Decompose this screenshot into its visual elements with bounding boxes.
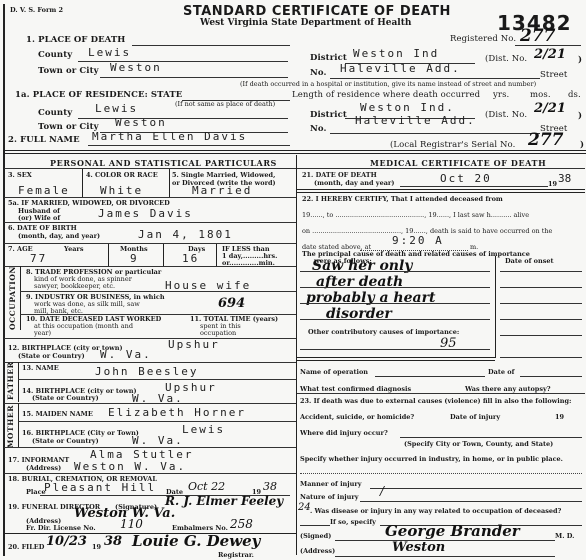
dod-year: 38 (558, 172, 571, 185)
rule (4, 168, 296, 169)
age-days: 16 (182, 252, 199, 265)
burial-date: Oct 22 (188, 480, 225, 493)
embalmer-no: 258 (230, 517, 253, 531)
rule (4, 197, 296, 198)
res-dist-no-label: (Dist. No. (485, 110, 527, 120)
rule (4, 222, 296, 223)
double-rule (297, 357, 495, 361)
paren: ) (580, 140, 584, 150)
death-certificate: D. V. S. Form 2 STANDARD CERTIFICATE OF … (0, 0, 586, 560)
rule (4, 362, 296, 363)
trade-label-3: sawyer, bookkeeper, etc. (34, 282, 115, 290)
res-district-label: District (310, 110, 347, 120)
license-no: 110 (120, 517, 143, 531)
divider (216, 244, 217, 266)
rule (78, 118, 288, 119)
accident-label: Accident, suicide, or homicide? (300, 413, 414, 421)
dod-year-prefix: 19 (548, 180, 557, 188)
informant-label: 17. INFORMANT (8, 456, 69, 464)
total-time-label-3: occupation (200, 329, 236, 337)
rule (330, 133, 540, 134)
dob-label: 6. DATE OF BIRTH (8, 224, 77, 232)
divider (108, 244, 109, 266)
age-months: 9 (130, 252, 139, 265)
rule (500, 335, 582, 336)
sex-label: 3. SEX (8, 171, 32, 179)
marital-label: 5. Single Married, Widowed, (172, 171, 275, 179)
informant-address: Weston W. Va. (74, 460, 186, 473)
filed-date: 10/23 (46, 534, 87, 549)
md-suffix: M. D. (555, 532, 574, 540)
autopsy-label: Was there any autopsy? (465, 385, 551, 393)
nature-value: / (380, 484, 384, 498)
res-dist-no: 2/21 (534, 101, 566, 116)
last-worked-label-3: year) (34, 329, 51, 337)
mother-name-label: 15. MAIDEN NAME (22, 410, 93, 418)
rule (500, 271, 582, 272)
mother-bp-sub: (State or Country) (32, 437, 99, 445)
rule (18, 421, 296, 422)
dob-value: Jan 4, 1801 (138, 228, 233, 241)
rule (4, 403, 296, 404)
certify-line-2: 19......, to ...........................… (302, 211, 529, 219)
rule (400, 186, 548, 187)
physician-signature: George Brander (385, 522, 520, 540)
age-label: 7. AGE (8, 245, 33, 253)
certify-label: 22. I HEREBY CERTIFY, That I attended de… (302, 195, 503, 203)
paren: ) (578, 55, 582, 65)
paren: ) (578, 111, 582, 121)
rule (300, 271, 490, 272)
spouse-label: 5a. IF MARRIED, WIDOWED, OR DIVORCED (8, 199, 170, 207)
rule (500, 319, 582, 320)
rule (88, 145, 290, 146)
if-so-label: If so, specify (330, 518, 376, 526)
double-rule (297, 189, 585, 193)
rule (375, 376, 485, 377)
full-name-label: 2. FULL NAME (8, 135, 80, 145)
rule (300, 303, 490, 304)
column-divider (296, 155, 297, 555)
occupation-vertical-label: OCCUPATION (8, 266, 17, 330)
registrar-label: Registrar. (218, 551, 254, 559)
industry-code: 694 (218, 296, 245, 311)
years-label: Years (64, 245, 84, 253)
certificate-title: STANDARD CERTIFICATE OF DEATH (183, 4, 451, 19)
burial-place: Pleasant Hill (44, 481, 156, 494)
rule (330, 78, 540, 79)
rule (4, 338, 296, 339)
res-town-label: Town or City (38, 122, 99, 132)
sex-value: Female (18, 184, 70, 197)
operation-label: Name of operation (300, 368, 368, 376)
rule (20, 291, 296, 292)
father-vertical-label: FATHER (6, 361, 15, 400)
rule (297, 393, 585, 394)
filed-year: 38 (104, 534, 122, 549)
certificate-subtitle: West Virginia State Department of Health (200, 18, 411, 28)
death-county: Lewis (88, 46, 131, 59)
rule (300, 349, 490, 350)
death-street: Haleville Add. (340, 62, 461, 75)
rule (400, 437, 582, 438)
where-sub: (Specify City or Town, County, and State… (404, 440, 553, 448)
divider (163, 244, 164, 266)
dod-label: 21. DATE OF DEATH (302, 171, 377, 179)
rule (297, 168, 585, 169)
mother-bp-city: Lewis (182, 423, 225, 436)
embalmer-label: Embalmers No. (172, 524, 228, 532)
dod-value: Oct 20 (440, 172, 492, 185)
res-town: Weston (115, 116, 167, 129)
divider (20, 266, 21, 330)
license-label: Fr. Dir. License No. (26, 524, 96, 532)
father-name: John Beesley (95, 365, 198, 378)
operation-date-label: Date of (488, 368, 514, 376)
res-street: Haleville Add. (355, 114, 476, 127)
rule (300, 473, 582, 474)
local-serial-label: (Local Registrar's Serial No. (390, 140, 515, 150)
rule (515, 45, 581, 46)
occupation-question-number: 24 (298, 502, 311, 513)
town-label: Town or City (38, 66, 99, 76)
physician-address: Weston (392, 540, 445, 555)
age-years: 77 (30, 252, 47, 265)
spouse-value: James Davis (98, 207, 193, 220)
rule (300, 287, 490, 288)
place-of-death-label: 1. PLACE OF DEATH (26, 35, 125, 45)
res-county: Lewis (95, 102, 138, 115)
divider (495, 256, 496, 358)
rule (360, 501, 582, 502)
manner-label: Manner of injury (300, 480, 362, 488)
birthplace-city: Upshur (168, 338, 220, 351)
time-of-death: 9:20 A (392, 234, 444, 247)
specify-label: Specify whether injury occurred in indus… (300, 455, 563, 463)
injury-year: 19 (555, 413, 564, 421)
signed-label: (Signed) (300, 532, 331, 540)
nature-label: Nature of injury (300, 493, 359, 501)
rule (100, 77, 288, 78)
rule (4, 473, 296, 474)
death-district: Weston Ind (353, 47, 439, 60)
rule (4, 266, 296, 267)
race-value: White (100, 184, 143, 197)
mother-vertical-label: MOTHER (6, 405, 15, 448)
informant-sub: (Address) (26, 464, 61, 472)
rule (18, 379, 296, 380)
personal-section-title: PERSONAL AND STATISTICAL PARTICULARS (50, 158, 277, 168)
injury-date-label: Date of injury (450, 413, 500, 421)
rule (300, 525, 330, 526)
mos-label: mos. (530, 90, 551, 100)
rule (370, 488, 582, 489)
dod-sub: (month, day and year) (314, 179, 394, 187)
contributory-label: Other contributory causes of importance: (308, 328, 459, 336)
divider (169, 169, 170, 197)
spouse-sub-2: (or) Wife of (18, 214, 60, 222)
rule (335, 556, 555, 557)
county-label: County (38, 50, 72, 60)
mother-name: Elizabeth Horner (108, 406, 246, 419)
yrs-label: yrs. (493, 90, 509, 100)
res-county-label: County (38, 108, 72, 118)
residence-label: 1a. PLACE OF RESIDENCE: STATE (15, 90, 182, 100)
filed-label: 20. FILED (8, 543, 44, 551)
street-label: Street (540, 70, 567, 80)
form-id: D. V. S. Form 2 (10, 6, 63, 14)
res-district: Weston Ind. (360, 101, 455, 114)
burial-year: 38 (263, 480, 277, 493)
registered-no-label: Registered No. (450, 34, 516, 44)
ds-label: ds. (568, 90, 581, 100)
rule (500, 287, 582, 288)
rule (500, 357, 582, 358)
birthplace-sub: (State or Country) (18, 352, 85, 360)
external-causes-label: 23. If death was due to external causes … (300, 397, 571, 405)
registered-no: 277 (520, 26, 556, 46)
dob-sub: (month, day, and year) (18, 232, 100, 240)
residence-note: (If not same as place of death) (175, 100, 275, 108)
physician-address-label: (Address) (300, 547, 335, 555)
mother-bp-state: W. Va. (132, 434, 184, 447)
rule (132, 45, 290, 46)
medical-section-title: MEDICAL CERTIFICATE OF DEATH (370, 158, 546, 168)
occupation-question: . Was disease or injury in any way relat… (310, 507, 561, 515)
filed-year-prefix: 19 (92, 543, 101, 551)
onset-label: Date of onset (505, 257, 554, 265)
registrar-signature: Louie G. Dewey (132, 532, 260, 550)
local-serial: 277 (528, 130, 564, 150)
divider (18, 403, 19, 447)
death-town: Weston (110, 61, 162, 74)
rule (300, 319, 490, 320)
rule (500, 303, 582, 304)
divider (18, 362, 19, 402)
hospital-note: (If death occurred in a hospital or inst… (240, 80, 536, 88)
rule (520, 376, 582, 377)
birthplace-state: W. Va. (100, 348, 152, 361)
marital-value: Married (192, 184, 252, 197)
father-bp-sub: (State or Country) (32, 394, 99, 402)
where-label: Where did injury occur? (300, 429, 388, 437)
test-label: What test confirmed diagnosis (300, 385, 411, 393)
funeral-director-signature: R. J. Elmer Feeley (165, 494, 283, 508)
double-rule (4, 150, 586, 154)
full-name: Martha Ellen Davis (92, 130, 247, 143)
no-label: No. (310, 68, 327, 78)
death-dist-no: 2/21 (534, 47, 566, 62)
mother-bp-label: 16. BIRTHPLACE (City or Town) (22, 429, 139, 437)
race-label: 4. COLOR OR RACE (86, 171, 158, 179)
father-name-label: 13. NAME (22, 364, 59, 372)
res-no-label: No. (310, 124, 327, 134)
rule (4, 243, 296, 244)
divider (82, 169, 83, 197)
length-residence-label: Length of residence where death occurred (292, 90, 480, 100)
dist-no-label: (Dist. No. (485, 54, 527, 64)
